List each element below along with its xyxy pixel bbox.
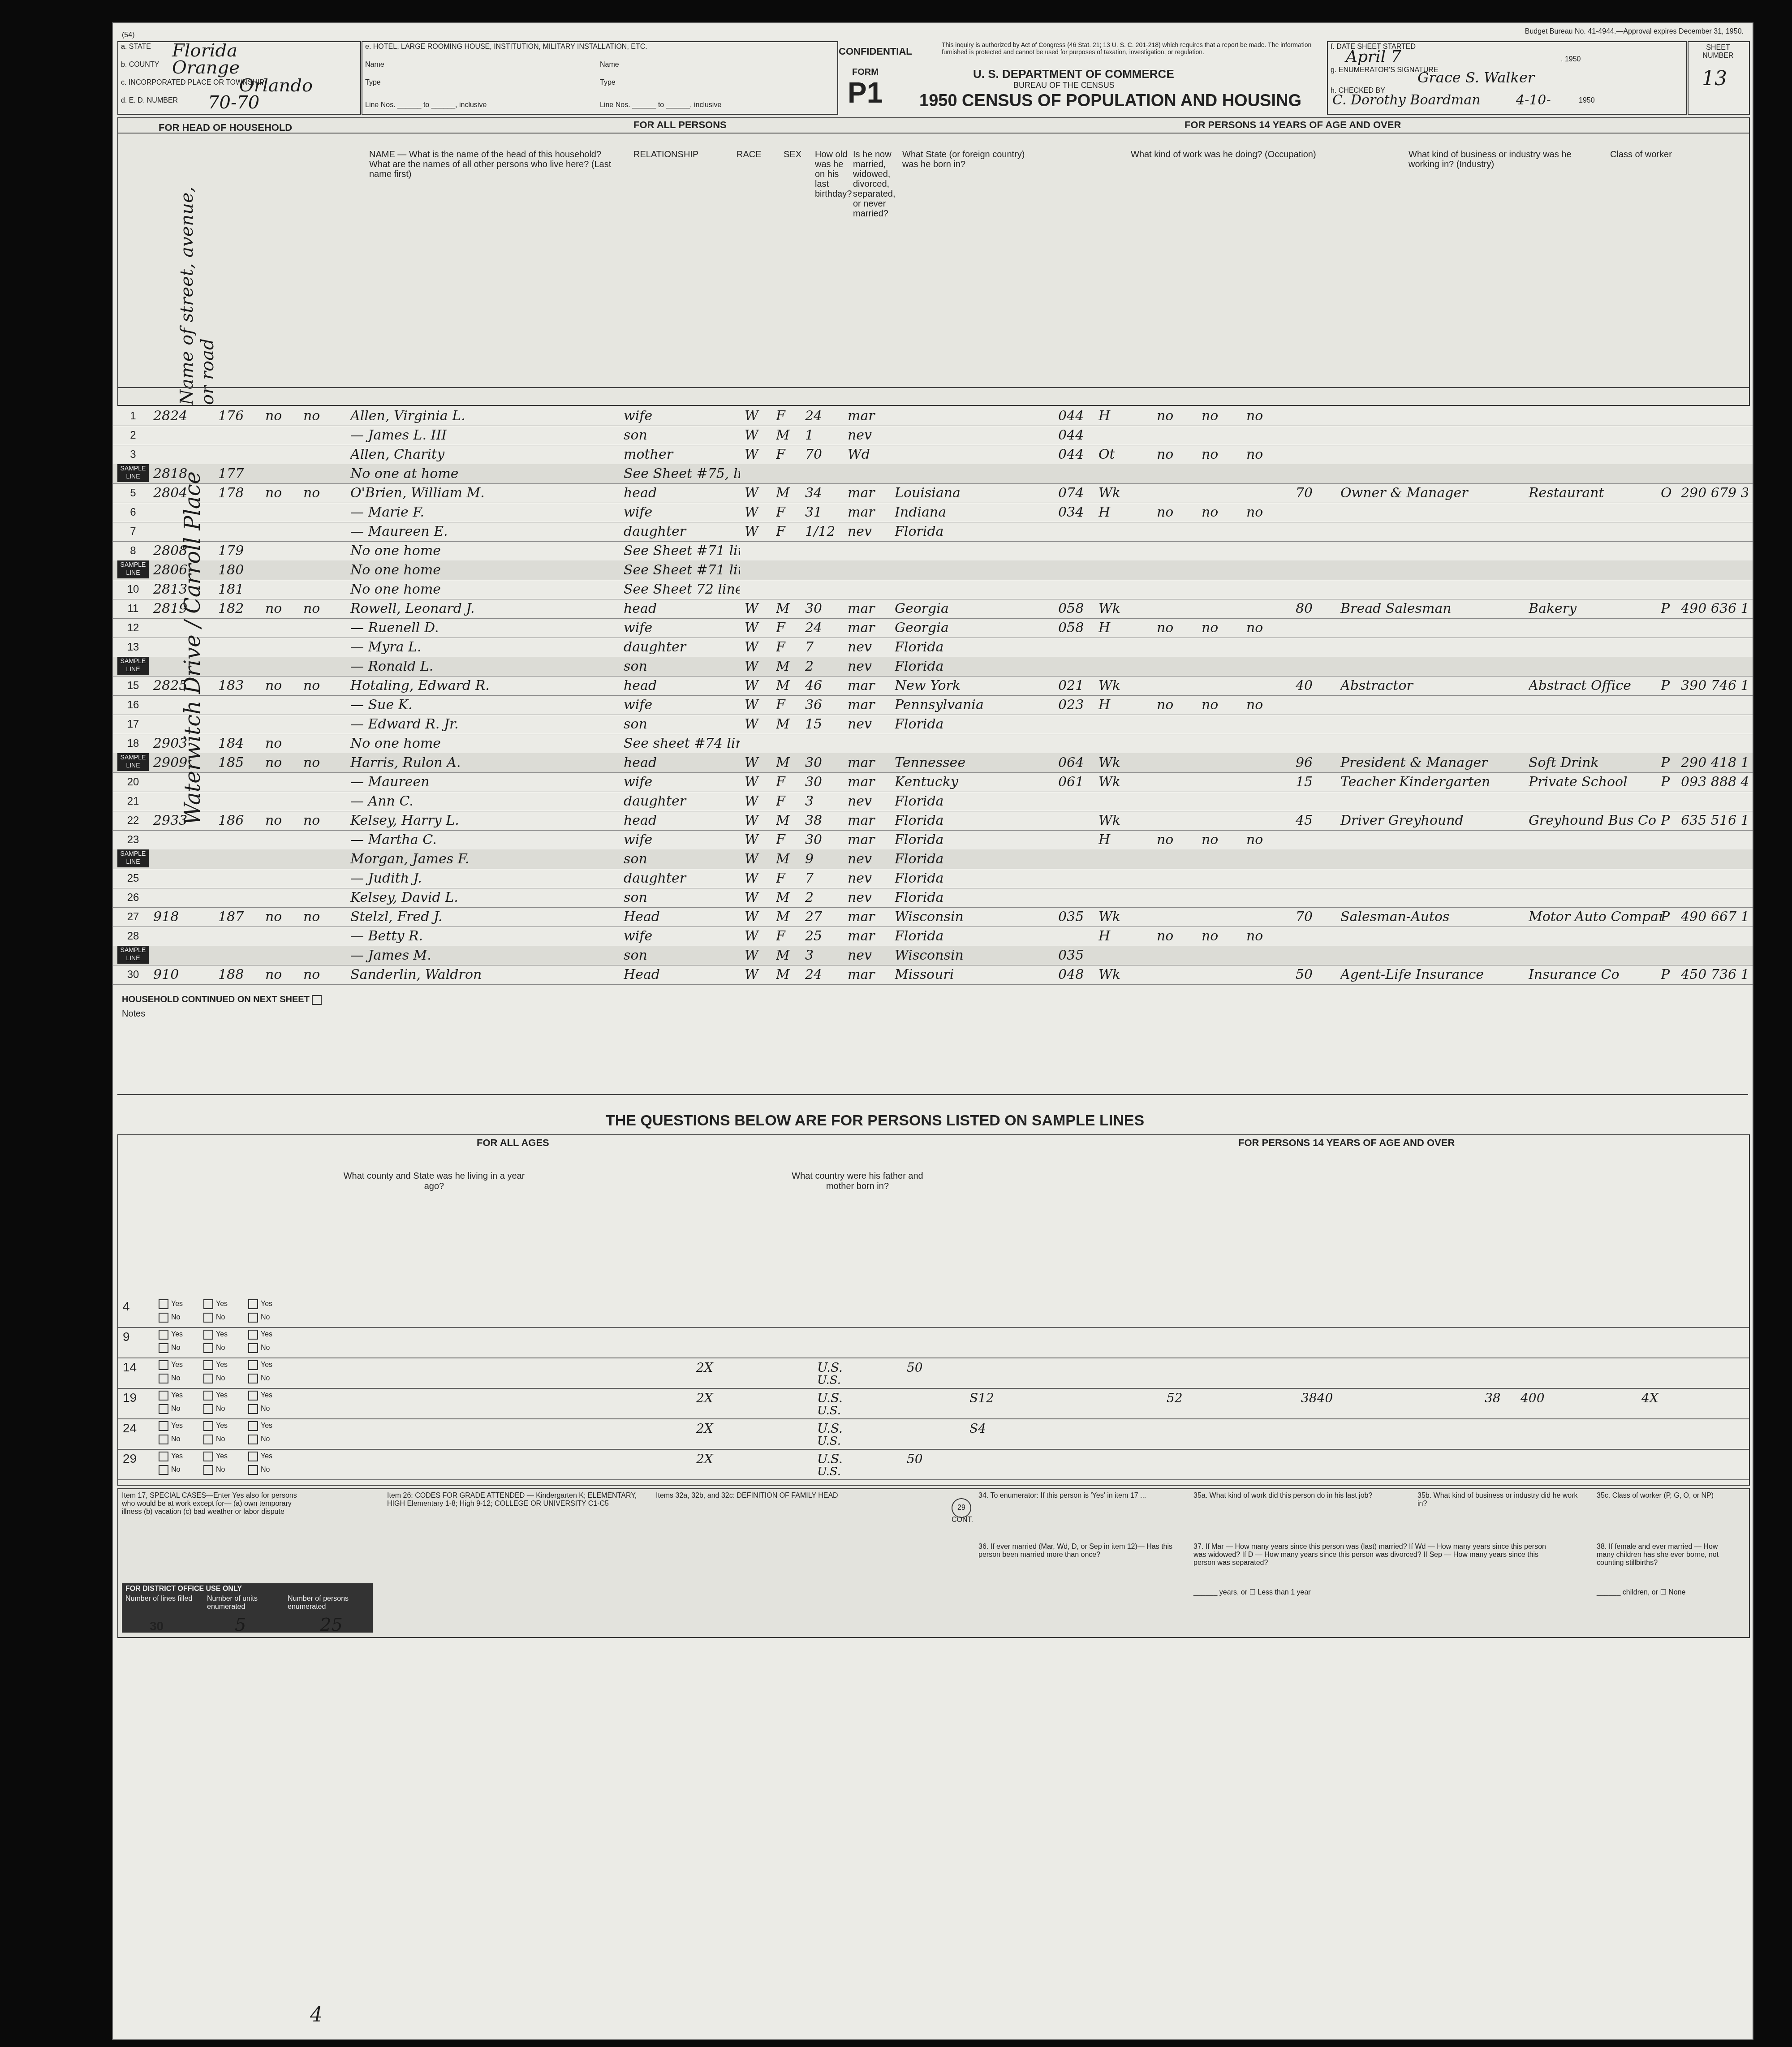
name-cell: Hotaling, Edward R.: [350, 676, 619, 695]
sex-cell: M: [776, 907, 803, 927]
street-vertical-annotation: Waterwitch Drive / Carroll Place: [180, 471, 205, 825]
hours-cell: [1296, 522, 1336, 541]
class-of-worker-cell: P: [1661, 753, 1679, 772]
hours-cell: [1296, 849, 1336, 869]
table-row: 21— Ann C.daughterWF3nevFlorida: [113, 792, 1753, 811]
race-cell: W: [745, 849, 776, 869]
industry-cell: [1529, 580, 1663, 599]
any-work-cell: [1157, 580, 1197, 599]
farm-cell: no: [265, 965, 301, 984]
occupation-cell: [1340, 541, 1529, 560]
relationship-cell: son: [624, 715, 740, 734]
sample-line-tag: SAMPLE LINE: [117, 849, 149, 867]
sample-no-checkbox[interactable]: No: [248, 1313, 270, 1323]
sample-yes-checkbox[interactable]: Yes: [203, 1452, 228, 1461]
race-cell: W: [745, 503, 776, 522]
sample-yes-checkbox[interactable]: Yes: [203, 1330, 228, 1340]
farm-cell: [265, 560, 301, 580]
birthplace-cell: [895, 580, 1056, 599]
looking-for-work-cell: no: [1202, 618, 1242, 638]
any-work-cell: [1157, 734, 1197, 753]
name-column-header: NAME — What is the name of the head of t…: [369, 150, 620, 179]
class-of-worker-cell: P: [1661, 811, 1679, 830]
hours-cell: [1296, 715, 1336, 734]
name-cell: — Marie F.: [350, 503, 619, 522]
line-number-cell: 21: [117, 792, 149, 811]
hours-cell: 96: [1296, 753, 1336, 772]
table-row: 30910188nonoSanderlin, WaldronHeadWM24ma…: [113, 965, 1753, 985]
sample-yes-checkbox[interactable]: Yes: [203, 1299, 228, 1309]
sex-cell: M: [776, 849, 803, 869]
sample-yes-checkbox[interactable]: Yes: [248, 1391, 272, 1401]
relationship-cell: head: [624, 599, 740, 618]
q37-label: 37. If Mar — How many years since this p…: [1193, 1543, 1552, 1567]
code-d: 2X: [696, 1452, 732, 1466]
sample-rows: 4YesYesYesNoNoNo9YesYesYesNoNoNo14U.S.2X…: [118, 1297, 1749, 1480]
age-cell: 34: [805, 483, 845, 503]
farm-cell: [265, 927, 301, 946]
looking-for-work-cell: [1202, 734, 1242, 753]
name-cell: — Betty R.: [350, 927, 619, 946]
mother-birthplace: U.S.: [817, 1465, 841, 1478]
looking-for-work-cell: [1202, 907, 1242, 927]
relationship-cell: See Sheet #71 line 30: [624, 560, 740, 580]
name-cell: — Ronald L.: [350, 657, 619, 676]
farm-cell: [265, 946, 301, 965]
sample-yes-checkbox[interactable]: Yes: [159, 1330, 183, 1340]
house-number-cell: [153, 830, 216, 849]
race-cell: W: [745, 406, 776, 426]
any-work-cell: [1157, 849, 1197, 869]
race-cell: W: [745, 772, 776, 792]
industry-codes-cell: 093 888 4: [1681, 772, 1748, 792]
relationship-cell: wife: [624, 695, 740, 715]
looking-for-work-cell: [1202, 638, 1242, 657]
marital-status-cell: mar: [848, 503, 892, 522]
relationship-cell: wife: [624, 772, 740, 792]
looking-for-work-cell: [1202, 657, 1242, 676]
farm-cell: [265, 445, 301, 464]
q35b-label: 35b. What kind of business or industry d…: [1417, 1492, 1579, 1508]
any-work-cell: no: [1157, 927, 1197, 946]
industry-codes-cell: [1681, 792, 1748, 811]
hours-cell: [1296, 927, 1336, 946]
hours-cell: 40: [1296, 676, 1336, 695]
has-job-cell: [1246, 522, 1287, 541]
hours-cell: 45: [1296, 811, 1336, 830]
class-of-worker-cell: [1661, 657, 1679, 676]
name-cell: — Martha C.: [350, 830, 619, 849]
hours-cell: [1296, 445, 1336, 464]
farm-cell: [265, 772, 301, 792]
code-b-cell: 058: [1058, 618, 1090, 638]
race-cell: W: [745, 599, 776, 618]
sample-row: 29U.S.2X50U.S.YesYesYesNoNoNo: [118, 1449, 1749, 1480]
sample-no-checkbox[interactable]: No: [248, 1465, 270, 1475]
has-job-cell: [1246, 869, 1287, 888]
table-row: 82808179No one homeSee Sheet #71 line 27: [113, 541, 1753, 561]
acres-cell: [303, 464, 339, 483]
class-of-worker-cell: [1661, 406, 1679, 426]
industry-codes-cell: [1681, 638, 1748, 657]
house-number-cell: [153, 849, 216, 869]
birthplace-cell: Louisiana: [895, 483, 1056, 503]
looking-for-work-cell: no: [1202, 445, 1242, 464]
house-number-cell: 918: [153, 907, 216, 927]
class-of-worker-cell: P: [1661, 772, 1679, 792]
code-b-cell: 044: [1058, 426, 1090, 445]
occupation-cell: [1340, 869, 1529, 888]
acres-cell: no: [303, 483, 339, 503]
industry-cell: [1529, 869, 1663, 888]
age-cell: [805, 464, 845, 483]
name-cell: Sanderlin, Waldron: [350, 965, 619, 984]
continued-checkbox[interactable]: [312, 995, 322, 1005]
table-row: 20— MaureenwifeWF30marKentucky061Wk15Tea…: [113, 772, 1753, 792]
sex-cell: F: [776, 927, 803, 946]
race-cell: W: [745, 657, 776, 676]
ed-value: 70-70: [208, 92, 259, 113]
line-nos-label-2: Line Nos. ______ to ______, inclusive: [600, 101, 721, 109]
sample-yes-checkbox[interactable]: Yes: [159, 1452, 183, 1461]
activity-cell: Ot: [1098, 445, 1148, 464]
sex-cell: M: [776, 599, 803, 618]
sample-no-checkbox[interactable]: No: [203, 1465, 225, 1475]
looking-for-work-cell: no: [1202, 503, 1242, 522]
age-cell: 24: [805, 406, 845, 426]
line-number-cell: 28: [117, 927, 149, 946]
code-b-cell: 044: [1058, 445, 1090, 464]
relationship-cell: daughter: [624, 522, 740, 541]
marital-status-cell: nev: [848, 849, 892, 869]
acres-cell: [303, 772, 339, 792]
table-row: 26Kelsey, David L.sonWM2nevFlorida: [113, 888, 1753, 908]
sample-no-checkbox[interactable]: No: [159, 1343, 180, 1353]
activity-cell: [1098, 792, 1148, 811]
farm-cell: [265, 580, 301, 599]
birthplace-cell: Florida: [895, 888, 1056, 907]
relationship-cell: head: [624, 676, 740, 695]
code-e: 50: [907, 1360, 943, 1375]
sample-yes-checkbox[interactable]: Yes: [159, 1391, 183, 1401]
hours-cell: [1296, 560, 1336, 580]
class-of-worker-cell: P: [1661, 676, 1679, 695]
acres-cell: [303, 522, 339, 541]
line-nos-label: Line Nos. ______ to ______, inclusive: [365, 101, 487, 109]
sample-no-checkbox[interactable]: No: [248, 1343, 270, 1353]
class-of-worker-cell: [1661, 695, 1679, 715]
sample-yes-checkbox[interactable]: Yes: [248, 1421, 272, 1431]
occupation-cell: [1340, 657, 1529, 676]
relationship-cell: wife: [624, 503, 740, 522]
marital-status-cell: mar: [848, 772, 892, 792]
sex-cell: M: [776, 811, 803, 830]
class-of-worker-cell: [1661, 638, 1679, 657]
house-number-cell: [153, 927, 216, 946]
birthplace-cell: Florida: [895, 927, 1056, 946]
activity-cell: [1098, 560, 1148, 580]
name-cell: Allen, Virginia L.: [350, 406, 619, 426]
serial-number-cell: [218, 657, 263, 676]
acres-cell: [303, 503, 339, 522]
hotel-type-label: Type: [365, 79, 381, 87]
sample-yes-checkbox[interactable]: Yes: [248, 1299, 272, 1309]
sex-cell: F: [776, 792, 803, 811]
acres-cell: [303, 946, 339, 965]
name-cell: O'Brien, William M.: [350, 483, 619, 503]
hours-cell: [1296, 830, 1336, 849]
industry-cell: [1529, 560, 1663, 580]
age-cell: 46: [805, 676, 845, 695]
age-cell: 30: [805, 772, 845, 792]
race-cell: W: [745, 483, 776, 503]
line-number-cell: 22: [117, 811, 149, 830]
race-cell: [745, 560, 776, 580]
sample-yes-checkbox[interactable]: Yes: [159, 1421, 183, 1431]
sample-no-checkbox[interactable]: No: [203, 1343, 225, 1353]
code-b-cell: 044: [1058, 406, 1090, 426]
marital-status-cell: mar: [848, 927, 892, 946]
serial-number-cell: [218, 772, 263, 792]
line-number-cell: 27: [117, 907, 149, 927]
household-continued[interactable]: HOUSEHOLD CONTINUED ON NEXT SHEET: [122, 995, 324, 1005]
code-b-cell: 061: [1058, 772, 1090, 792]
industry-codes-cell: [1681, 580, 1748, 599]
name-cell: Stelzl, Fred J.: [350, 907, 619, 927]
birthplace-cell: [895, 445, 1056, 464]
acres-cell: [303, 426, 339, 445]
looking-for-work-cell: [1202, 792, 1242, 811]
occupation-cell: Driver Greyhound: [1340, 811, 1529, 830]
code-b-cell: 064: [1058, 753, 1090, 772]
has-job-cell: [1246, 676, 1287, 695]
district-use-label: FOR DISTRICT OFFICE USE ONLY: [125, 1585, 242, 1593]
industry-codes-cell: [1681, 406, 1748, 426]
table-row: 2— James L. IIIsonWM1nev044: [113, 426, 1753, 445]
industry-codes-cell: [1681, 541, 1748, 560]
house-number-cell: [153, 445, 216, 464]
serial-number-cell: 187: [218, 907, 263, 927]
hours-cell: [1296, 869, 1336, 888]
code-b-cell: 035: [1058, 907, 1090, 927]
acres-cell: [303, 580, 339, 599]
any-work-cell: [1157, 888, 1197, 907]
occupation-cell: [1340, 734, 1529, 753]
age-cell: 7: [805, 638, 845, 657]
line-number-cell: 8: [117, 541, 149, 560]
sample-no-checkbox[interactable]: No: [159, 1435, 180, 1444]
marital-status-cell: mar: [848, 965, 892, 984]
code-b-cell: [1058, 927, 1090, 946]
serial-number-cell: [218, 849, 263, 869]
serial-number-cell: 177: [218, 464, 263, 483]
serial-number-cell: [218, 888, 263, 907]
name-cell: — Edward R. Jr.: [350, 715, 619, 734]
serial-number-cell: [218, 927, 263, 946]
industry-codes-cell: [1681, 445, 1748, 464]
activity-cell: H: [1098, 618, 1148, 638]
serial-number-cell: [218, 946, 263, 965]
acres-cell: [303, 927, 339, 946]
race-cell: W: [745, 676, 776, 695]
sample-no-checkbox[interactable]: No: [203, 1435, 225, 1444]
marital-status-cell: [848, 560, 892, 580]
has-job-cell: [1246, 599, 1287, 618]
sample-yes-checkbox[interactable]: Yes: [203, 1421, 228, 1431]
sample-no-checkbox[interactable]: No: [159, 1374, 180, 1383]
sample-no-checkbox[interactable]: No: [248, 1404, 270, 1414]
marital-status-cell: mar: [848, 811, 892, 830]
activity-cell: Wk: [1098, 753, 1148, 772]
acres-cell: no: [303, 676, 339, 695]
sample-yes-checkbox[interactable]: Yes: [203, 1360, 228, 1370]
hours-cell: [1296, 946, 1336, 965]
hours-cell: [1296, 734, 1336, 753]
looking-for-work-cell: [1202, 676, 1242, 695]
age-cell: 3: [805, 792, 845, 811]
name-cell: No one home: [350, 541, 619, 560]
birthplace-cell: Georgia: [895, 618, 1056, 638]
sex-cell: M: [776, 753, 803, 772]
hours-cell: [1296, 503, 1336, 522]
relationship-cell: wife: [624, 618, 740, 638]
any-work-cell: [1157, 792, 1197, 811]
marital-status-cell: mar: [848, 483, 892, 503]
race-cell: W: [745, 753, 776, 772]
line-number-cell: 26: [117, 888, 149, 907]
sample-yes-checkbox[interactable]: Yes: [248, 1360, 272, 1370]
sample-no-checkbox[interactable]: No: [248, 1435, 270, 1444]
any-work-cell: [1157, 869, 1197, 888]
sample-no-checkbox[interactable]: No: [159, 1313, 180, 1323]
race-cell: [745, 541, 776, 560]
county-value: Orange: [172, 57, 240, 78]
birthplace-cell: Florida: [895, 522, 1056, 541]
sample-yes-checkbox[interactable]: Yes: [248, 1330, 272, 1340]
acres-cell: [303, 849, 339, 869]
sample-yes-checkbox[interactable]: Yes: [248, 1452, 272, 1461]
father-birthplace: U.S.: [817, 1452, 907, 1466]
sample-no-checkbox[interactable]: No: [203, 1313, 225, 1323]
industry-cell: [1529, 849, 1663, 869]
sample-yes-checkbox[interactable]: Yes: [159, 1360, 183, 1370]
serial-number-cell: [218, 522, 263, 541]
birthplace-cell: Florida: [895, 715, 1056, 734]
serial-number-cell: 179: [218, 541, 263, 560]
sample-yes-checkbox[interactable]: Yes: [203, 1391, 228, 1401]
industry-cell: [1529, 927, 1663, 946]
looking-for-work-cell: [1202, 560, 1242, 580]
industry-cell: [1529, 618, 1663, 638]
has-job-cell: [1246, 792, 1287, 811]
age-column-header: How old was he on his last birthday?: [815, 150, 851, 199]
age-cell: [805, 580, 845, 599]
code-b-cell: [1058, 560, 1090, 580]
sample-no-checkbox[interactable]: No: [203, 1374, 225, 1383]
looking-for-work-cell: no: [1202, 927, 1242, 946]
acres-cell: no: [303, 599, 339, 618]
serial-number-cell: [218, 638, 263, 657]
sample-no-checkbox[interactable]: No: [159, 1465, 180, 1475]
relationship-cell: son: [624, 888, 740, 907]
code-b-cell: [1058, 541, 1090, 560]
column-header-block: FOR HEAD OF HOUSEHOLD FOR ALL PERSONS FO…: [117, 117, 1750, 406]
name-cell: — Ruenell D.: [350, 618, 619, 638]
date-year: , 1950: [1561, 56, 1581, 64]
sex-cell: [776, 580, 803, 599]
line-number-cell: 16: [117, 695, 149, 715]
has-job-cell: [1246, 753, 1287, 772]
has-job-cell: [1246, 715, 1287, 734]
class-of-worker-cell: [1661, 426, 1679, 445]
looking-for-work-cell: [1202, 426, 1242, 445]
code-b-cell: [1058, 888, 1090, 907]
line-number-cell: 10: [117, 580, 149, 599]
name-cell: Allen, Charity: [350, 445, 619, 464]
marital-status-cell: nev: [848, 869, 892, 888]
code-b-cell: 023: [1058, 695, 1090, 715]
date-value: April 7: [1346, 47, 1401, 66]
any-work-cell: no: [1157, 445, 1197, 464]
age-cell: [805, 541, 845, 560]
sample-no-checkbox[interactable]: No: [159, 1404, 180, 1414]
activity-cell: [1098, 426, 1148, 445]
q34-label: 34. To enumerator: If this person is 'Ye…: [978, 1492, 1167, 1500]
marital-status-cell: nev: [848, 657, 892, 676]
activity-cell: [1098, 888, 1148, 907]
code-b-cell: [1058, 811, 1090, 830]
activity-cell: Wk: [1098, 676, 1148, 695]
name-cell: — Myra L.: [350, 638, 619, 657]
marital-status-cell: [848, 541, 892, 560]
occupation-cell: [1340, 792, 1529, 811]
has-job-cell: [1246, 560, 1287, 580]
has-job-cell: [1246, 657, 1287, 676]
age-cell: 15: [805, 715, 845, 734]
industry-cell: Greyhound Bus Co: [1529, 811, 1663, 830]
farm-cell: [265, 426, 301, 445]
industry-codes-cell: 290 418 1: [1681, 753, 1748, 772]
line-number-cell: 25: [117, 869, 149, 888]
any-work-cell: [1157, 522, 1197, 541]
occupation-cell: [1340, 445, 1529, 464]
table-row: 42818177No one at homeSee Sheet #75, lin…: [113, 464, 1753, 484]
has-job-cell: no: [1246, 695, 1287, 715]
sample-no-checkbox[interactable]: No: [203, 1404, 225, 1414]
age-cell: [805, 560, 845, 580]
occupation-cell: [1340, 830, 1529, 849]
activity-cell: H: [1098, 830, 1148, 849]
race-cell: W: [745, 811, 776, 830]
industry-cell: [1529, 657, 1663, 676]
race-cell: [745, 464, 776, 483]
has-job-cell: [1246, 426, 1287, 445]
farm-cell: no: [265, 811, 301, 830]
birthplace-cell: Florida: [895, 830, 1056, 849]
sample-no-checkbox[interactable]: No: [248, 1374, 270, 1383]
industry-codes-cell: [1681, 927, 1748, 946]
looking-for-work-cell: [1202, 464, 1242, 483]
class-of-worker-cell: O: [1661, 483, 1679, 503]
q35a-label: 35a. What kind of work did this person d…: [1193, 1492, 1382, 1500]
age-cell: 1/12: [805, 522, 845, 541]
occupation-cell: Salesman-Autos: [1340, 907, 1529, 927]
has-job-cell: [1246, 849, 1287, 869]
has-job-cell: no: [1246, 445, 1287, 464]
hours-cell: 70: [1296, 907, 1336, 927]
sample-yes-checkbox[interactable]: Yes: [159, 1299, 183, 1309]
line-number-cell: 2: [117, 426, 149, 445]
